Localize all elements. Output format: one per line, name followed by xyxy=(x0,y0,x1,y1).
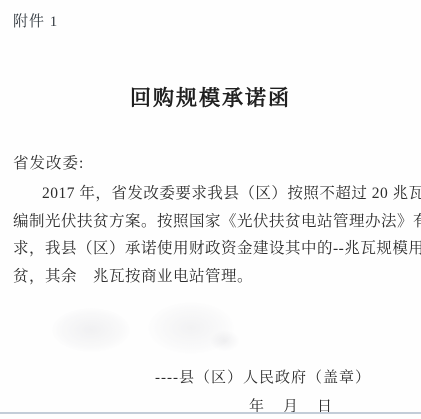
bottom-edge-divider xyxy=(0,412,421,414)
scan-smudge xyxy=(210,330,240,352)
signature-line: ----县（区）人民政府（盖章） xyxy=(155,366,371,387)
document-title: 回购规模承诺函 xyxy=(0,82,421,112)
scan-smudge xyxy=(148,302,234,354)
body-paragraph-line: 求，我县（区）承诺使用财政资金建设其中的--兆瓦规模用于扶 xyxy=(13,236,415,258)
body-paragraph-line: 编制光伏扶贫方案。按照国家《光伏扶贫电站管理办法》有关要 xyxy=(13,209,415,231)
scan-smudge xyxy=(52,308,130,352)
salutation: 省发改委: xyxy=(13,151,84,173)
scanned-document-page: 附件 1 回购规模承诺函 省发改委: 2017 年，省发改委要求我县（区）按照不… xyxy=(0,0,421,419)
body-paragraph-line: 2017 年，省发改委要求我县（区）按照不超过 20 兆瓦规模 xyxy=(13,181,421,203)
attachment-label: 附件 1 xyxy=(13,10,58,31)
body-paragraph-line: 贫，其余 兆瓦按商业电站管理。 xyxy=(13,264,415,286)
